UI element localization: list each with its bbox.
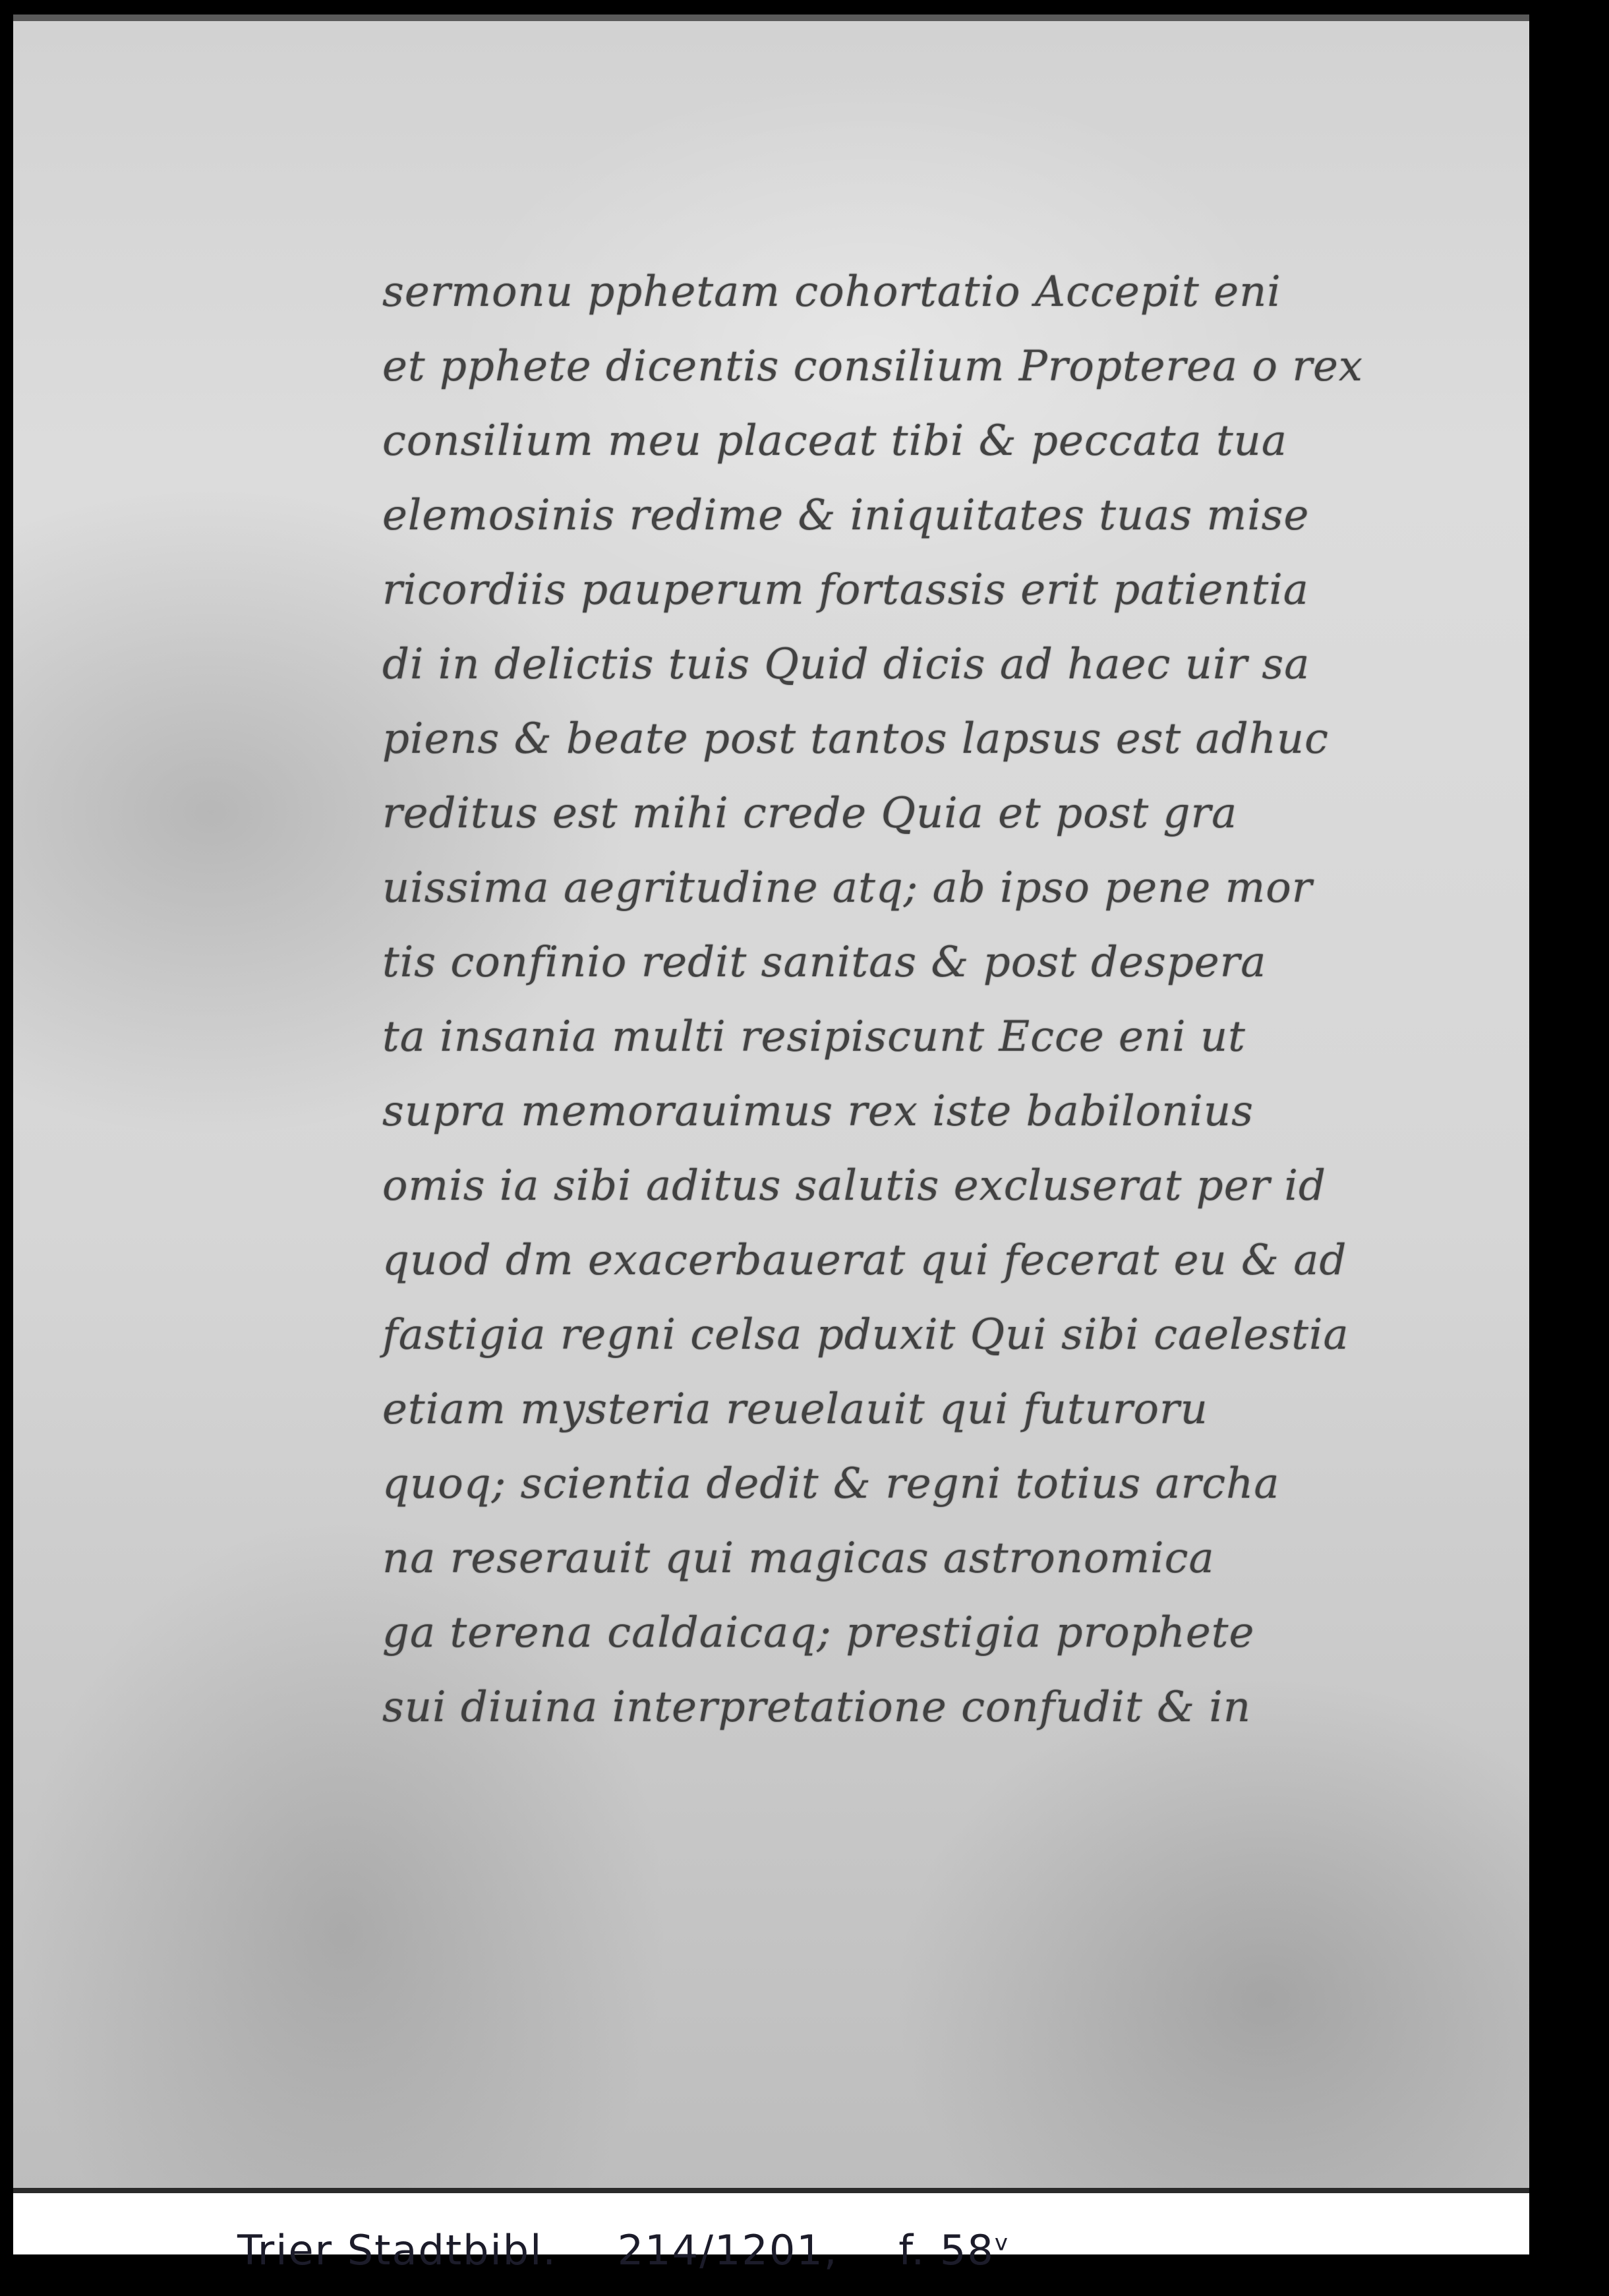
photo-frame: sermonu pphetam cohortatio Accepit eni e… <box>13 15 1529 2254</box>
manuscript-page: sermonu pphetam cohortatio Accepit eni e… <box>13 15 1529 2193</box>
manuscript-line: sui diuina interpretatione confudit & in <box>382 1670 1463 1745</box>
handwritten-caption: Trier Stadtbibl. 214/1201, f. 58v <box>237 2226 1055 2274</box>
manuscript-line: ta insania multi resipiscunt Ecce eni ut <box>382 1000 1463 1074</box>
manuscript-line: quod dm exacerbauerat qui fecerat eu & a… <box>382 1223 1463 1298</box>
manuscript-line: tis confinio redit sanitas & post desper… <box>382 926 1463 1000</box>
manuscript-line: na reserauit qui magicas astronomica <box>382 1521 1463 1596</box>
manuscript-line: ricordiis pauperum fortassis erit patien… <box>382 553 1463 628</box>
manuscript-line: etiam mysteria reuelauit qui futuroru <box>382 1372 1463 1447</box>
manuscript-line: ga terena caldaicaq; prestigia prophete <box>382 1596 1463 1670</box>
manuscript-text: sermonu pphetam cohortatio Accepit eni e… <box>382 255 1463 1745</box>
caption-folio: f. 58v <box>898 2226 1009 2274</box>
caption-folio-number: f. 58 <box>898 2226 995 2274</box>
manuscript-line: omis ia sibi aditus salutis excluserat p… <box>382 1149 1463 1223</box>
caption-location: Trier Stadtbibl. <box>237 2226 557 2274</box>
manuscript-line: quoq; scientia dedit & regni totius arch… <box>382 1447 1463 1521</box>
manuscript-line: uissima aegritudine atq; ab ipso pene mo… <box>382 851 1463 926</box>
manuscript-line: supra memorauimus rex iste babilonius <box>382 1074 1463 1149</box>
manuscript-line: consilium meu placeat tibi & peccata tua <box>382 404 1463 479</box>
caption-folio-side: v <box>995 2229 1009 2256</box>
manuscript-line: fastigia regni celsa pduxit Qui sibi cae… <box>382 1298 1463 1372</box>
manuscript-line: elemosinis redime & iniquitates tuas mis… <box>382 479 1463 553</box>
manuscript-line: piens & beate post tantos lapsus est adh… <box>382 702 1463 777</box>
manuscript-line: et pphete dicentis consilium Propterea o… <box>382 330 1463 404</box>
manuscript-line: reditus est mihi crede Quia et post gra <box>382 777 1463 851</box>
manuscript-line: di in delictis tuis Quid dicis ad haec u… <box>382 628 1463 702</box>
manuscript-line: sermonu pphetam cohortatio Accepit eni <box>382 255 1463 330</box>
caption-shelfmark: 214/1201, <box>618 2226 838 2274</box>
